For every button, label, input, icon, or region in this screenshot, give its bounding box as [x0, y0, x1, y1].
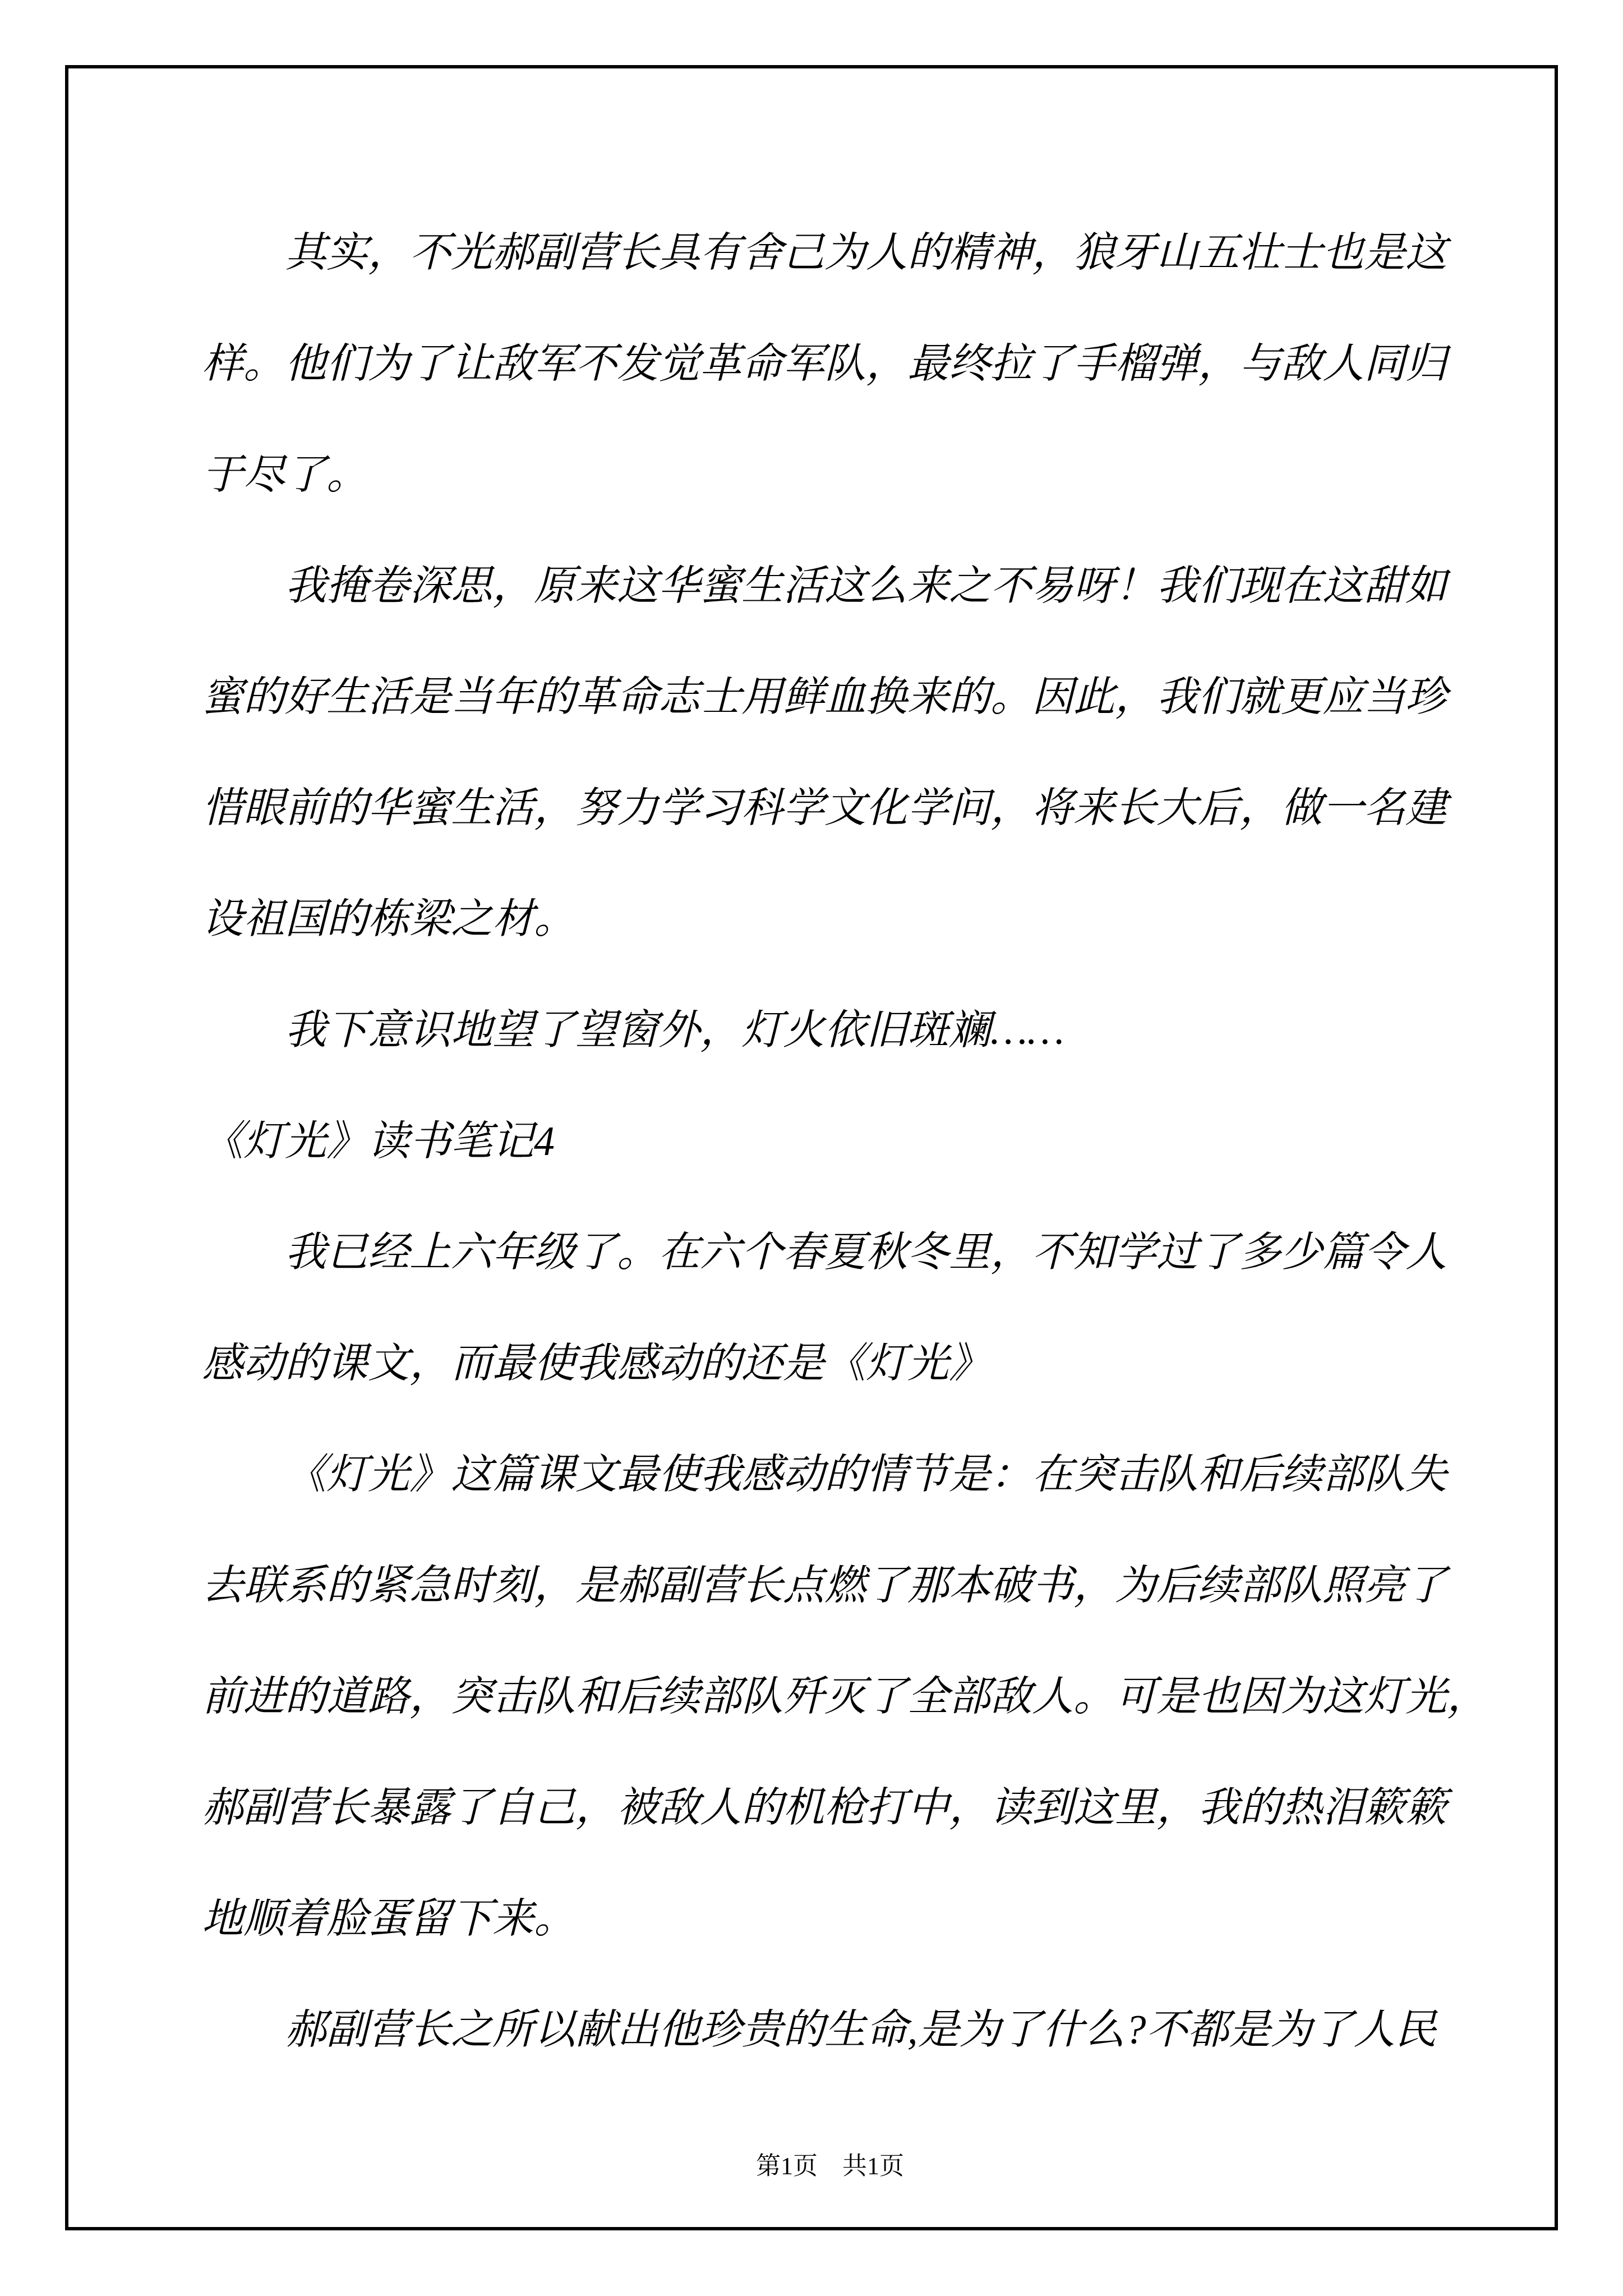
body-text-line: 蜜的好生活是当年的革命志士用鲜血换来的。因此，我们就更应当珍 — [202, 642, 1453, 753]
body-text-line: 郝副营长之所以献出他珍贵的生命,是为了什么?不都是为了人民 — [202, 1975, 1453, 2086]
document-body: 其实，不光郝副营长具有舍己为人的精神，狼牙山五壮士也是这样。他们为了让敌军不发觉… — [202, 197, 1453, 2086]
body-text-line: 我下意识地望了望窗外，灯火依旧斑斓…… — [202, 975, 1453, 1086]
body-text-line: 地顺着脸蛋留下来。 — [202, 1864, 1453, 1975]
body-text-line: 于尽了。 — [202, 420, 1453, 531]
page-border-frame: 其实，不光郝副营长具有舍己为人的精神，狼牙山五壮士也是这样。他们为了让敌军不发觉… — [65, 65, 1558, 2230]
body-text-line: 郝副营长暴露了自己，被敌人的机枪打中，读到这里，我的热泪簌簌 — [202, 1752, 1453, 1864]
body-text-line: 去联系的紧急时刻，是郝副营长点燃了那本破书，为后续部队照亮了 — [202, 1530, 1453, 1641]
page-number-label: 第1页 共1页 — [756, 2152, 904, 2180]
section-heading-line: 《灯光》读书笔记4 — [202, 1086, 1453, 1197]
body-text-line: 感动的课文，而最使我感动的还是《灯光》 — [202, 1308, 1453, 1419]
body-text-line: 设祖国的栋梁之材。 — [202, 864, 1453, 975]
page-footer: 第1页 共1页 — [68, 2123, 1555, 2210]
body-text-line: 我已经上六年级了。在六个春夏秋冬里，不知学过了多少篇令人 — [202, 1197, 1453, 1308]
document-page: 其实，不光郝副营长具有舍己为人的精神，狼牙山五壮士也是这样。他们为了让敌军不发觉… — [0, 0, 1623, 2296]
body-text-line: 样。他们为了让敌军不发觉革命军队，最终拉了手榴弹，与敌人同归 — [202, 309, 1453, 420]
body-text-line: 惜眼前的华蜜生活，努力学习科学文化学问，将来长大后，做一名建 — [202, 753, 1453, 864]
body-text-line: 《灯光》这篇课文最使我感动的情节是：在突击队和后续部队失 — [202, 1419, 1453, 1530]
body-text-line: 我掩卷深思，原来这华蜜生活这么来之不易呀！我们现在这甜如 — [202, 531, 1453, 642]
body-text-line: 其实，不光郝副营长具有舍己为人的精神，狼牙山五壮士也是这 — [202, 197, 1453, 309]
body-text-line: 前进的道路，突击队和后续部队歼灭了全部敌人。可是也因为这灯光， — [202, 1641, 1453, 1752]
